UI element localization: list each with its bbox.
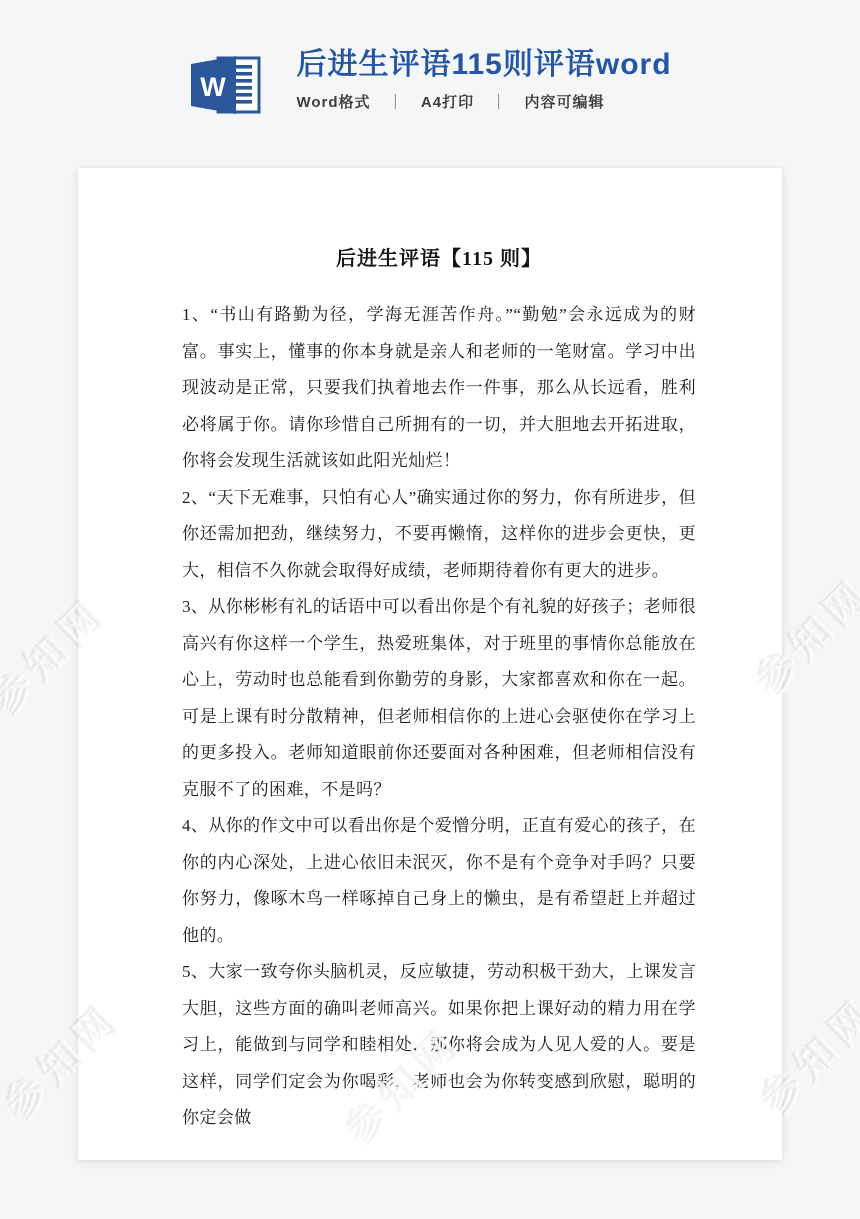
editable-label: 内容可编辑 xyxy=(524,94,604,111)
header-text: 后进生评语115则评语word Word格式 ｜ A4打印 ｜ 内容可编辑 xyxy=(296,48,671,112)
separator: ｜ xyxy=(388,94,404,111)
separator: ｜ xyxy=(491,94,507,111)
document-body: 1、“书山有路勤为径，学海无涯苦作舟。”“勤勉”会永远成为的财富。事实上，懂事的… xyxy=(182,297,696,1137)
paragraph-4: 4、从你的作文中可以看出你是个爱憎分明，正直有爱心的孩子，在你的内心深处，上进心… xyxy=(182,808,696,954)
print-label: A4打印 xyxy=(421,94,474,111)
document-page: 后进生评语【115 则】 1、“书山有路勤为径，学海无涯苦作舟。”“勤勉”会永远… xyxy=(78,168,782,1160)
document-format-info: Word格式 ｜ A4打印 ｜ 内容可编辑 xyxy=(296,91,671,112)
paragraph-5: 5、大家一致夸你头脑机灵，反应敏捷，劳动积极干劲大，上课发言大胆，这些方面的确叫… xyxy=(182,954,696,1137)
paragraph-1: 1、“书山有路勤为径，学海无涯苦作舟。”“勤勉”会永远成为的财富。事实上，懂事的… xyxy=(182,297,696,480)
svg-text:W: W xyxy=(201,72,227,102)
page-title: 后进生评语115则评语word xyxy=(296,48,671,83)
header: W 后进生评语115则评语word Word格式 ｜ A4打印 ｜ 内容可编辑 xyxy=(0,48,860,118)
paragraph-2: 2、“天下无难事，只怕有心人”确实通过你的努力，你有所进步，但你还需加把劲，继续… xyxy=(182,480,696,590)
paragraph-3: 3、从你彬彬有礼的话语中可以看出你是个有礼貌的好孩子；老师很高兴有你这样一个学生… xyxy=(182,589,696,808)
format-label: Word格式 xyxy=(296,94,370,111)
word-icon: W xyxy=(188,48,262,118)
document-title: 后进生评语【115 则】 xyxy=(182,242,696,271)
